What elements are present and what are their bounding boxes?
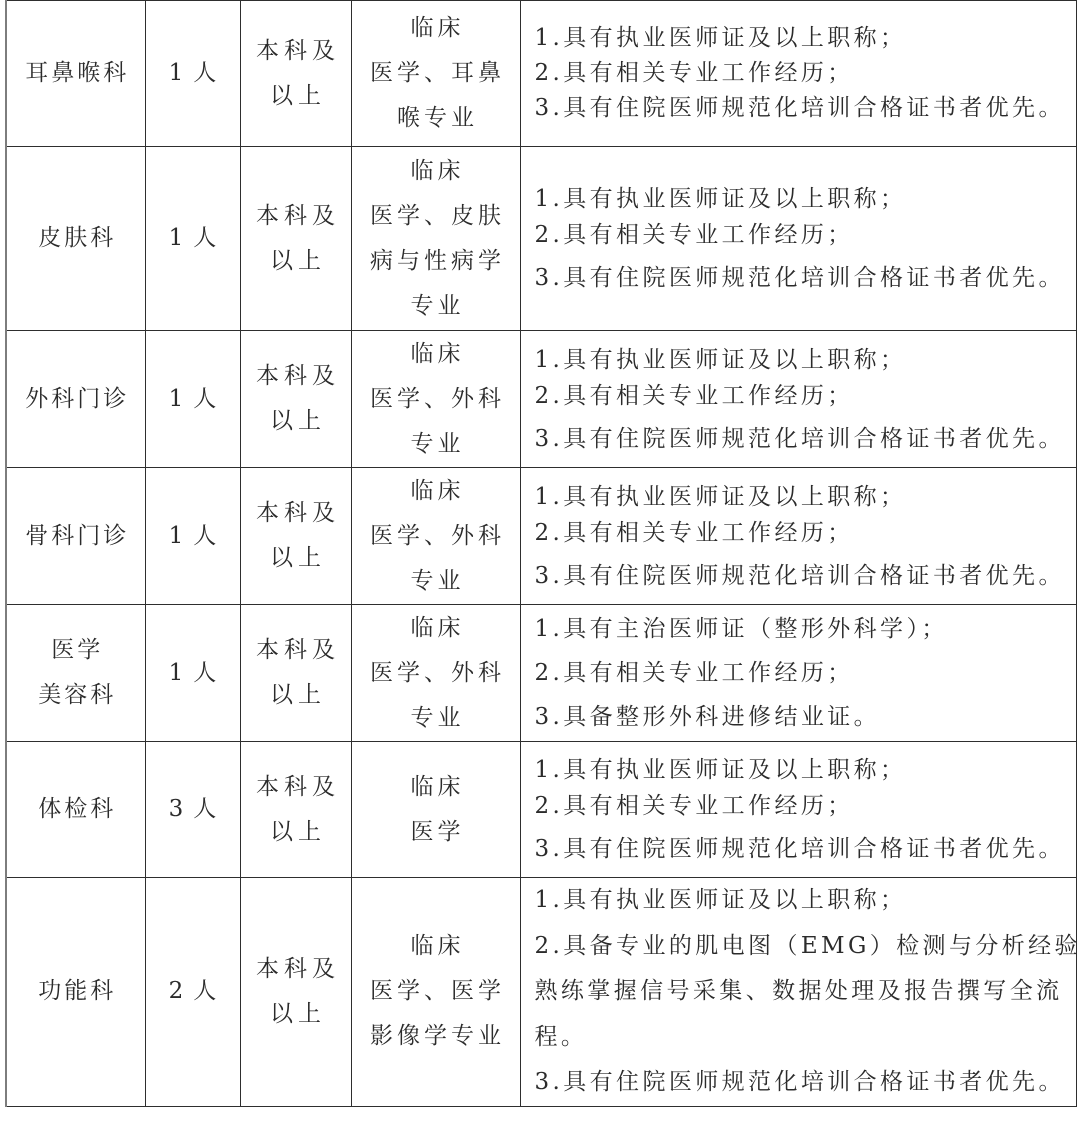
major-line: 病与性病学	[356, 239, 520, 284]
requirements-cell: 1.具有执业医师证及以上职称； 2.具备专业的肌电图（EMG）检测与分析经验， …	[520, 878, 1076, 1107]
headcount-cell: 1人	[145, 331, 240, 468]
education-line: 以上	[246, 74, 351, 119]
major-line: 医学、医学	[356, 969, 520, 1014]
education-line: 以上	[246, 673, 351, 718]
major-line: 医学、耳鼻	[356, 51, 520, 96]
department-label: 医学	[10, 628, 145, 673]
requirement-line: 2.具有相关专业工作经历；	[535, 651, 1076, 695]
requirements-cell: 1.具有执业医师证及以上职称； 2.具有相关专业工作经历； 3.具有住院医师规范…	[520, 468, 1076, 605]
major-line: 医学	[356, 810, 520, 855]
major-line: 临床	[356, 924, 520, 969]
major-line: 临床	[356, 149, 520, 194]
requirement-line: 2.具有相关专业工作经历；	[535, 56, 1076, 91]
requirement-line: 2.具备专业的肌电图（EMG）检测与分析经验，	[535, 924, 1076, 970]
requirements-cell: 1.具有执业医师证及以上职称； 2.具有相关专业工作经历； 3.具有住院医师规范…	[520, 147, 1076, 331]
table-row: 耳鼻喉科 1人 本科及 以上 临床 医学、耳鼻 喉专业 1.具有执业医师证及以上…	[6, 1, 1076, 147]
major-line: 临床	[356, 606, 520, 651]
major-cell: 临床 医学、外科 专业	[351, 468, 520, 605]
table-row: 外科门诊 1人 本科及 以上 临床 医学、外科 专业 1.具有执业医师证及以上职…	[6, 331, 1076, 468]
major-cell: 临床 医学、皮肤 病与性病学 专业	[351, 147, 520, 331]
major-line: 专业	[356, 422, 520, 467]
department-label: 功能科	[10, 969, 145, 1014]
major-line: 临床	[356, 332, 520, 377]
major-line: 医学、外科	[356, 377, 520, 422]
headcount-value: 1人	[156, 514, 240, 559]
requirement-line: 1.具有执业医师证及以上职称；	[535, 342, 1076, 378]
department-cell: 皮肤科	[6, 147, 145, 331]
major-cell: 临床 医学、外科 专业	[351, 605, 520, 742]
headcount-cell: 3人	[145, 742, 240, 878]
education-line: 本科及	[246, 947, 351, 992]
major-line: 医学、皮肤	[356, 194, 520, 239]
major-line: 临床	[356, 765, 520, 810]
requirement-line: 程。	[535, 1015, 1076, 1061]
major-line: 专业	[356, 696, 520, 741]
table-row: 功能科 2人 本科及 以上 临床 医学、医学 影像学专业 1.具有执业医师证及以…	[6, 878, 1076, 1107]
requirement-line: 1.具有执业医师证及以上职称；	[535, 752, 1076, 788]
major-line: 专业	[356, 284, 520, 329]
education-line: 以上	[246, 399, 351, 444]
major-line: 影像学专业	[356, 1014, 520, 1059]
major-line: 临床	[356, 469, 520, 514]
requirements-cell: 1.具有执业医师证及以上职称； 2.具有相关专业工作经历； 3.具有住院医师规范…	[520, 742, 1076, 878]
education-cell: 本科及 以上	[240, 605, 351, 742]
table-row: 骨科门诊 1人 本科及 以上 临床 医学、外科 专业 1.具有执业医师证及以上职…	[6, 468, 1076, 605]
education-line: 以上	[246, 536, 351, 581]
department-label: 外科门诊	[10, 377, 145, 422]
requirements-cell: 1.具有主治医师证（整形外科学）； 2.具有相关专业工作经历； 3.具备整形外科…	[520, 605, 1076, 742]
department-label: 体检科	[10, 787, 145, 832]
requirements-cell: 1.具有执业医师证及以上职称； 2.具有相关专业工作经历； 3.具有住院医师规范…	[520, 1, 1076, 147]
requirement-line: 3.具备整形外科进修结业证。	[535, 695, 1076, 739]
education-line: 本科及	[246, 194, 351, 239]
education-line: 本科及	[246, 29, 351, 74]
requirement-line: 3.具有住院医师规范化培训合格证书者优先。	[535, 421, 1076, 457]
education-line: 本科及	[246, 354, 351, 399]
requirement-line: 2.具有相关专业工作经历；	[535, 217, 1076, 253]
department-label: 皮肤科	[10, 216, 145, 261]
department-cell: 体检科	[6, 742, 145, 878]
education-line: 以上	[246, 239, 351, 284]
department-label: 美容科	[10, 673, 145, 718]
headcount-cell: 2人	[145, 878, 240, 1107]
education-line: 本科及	[246, 628, 351, 673]
education-line: 以上	[246, 992, 351, 1037]
education-cell: 本科及 以上	[240, 147, 351, 331]
major-cell: 临床 医学、耳鼻 喉专业	[351, 1, 520, 147]
headcount-cell: 1人	[145, 147, 240, 331]
education-cell: 本科及 以上	[240, 878, 351, 1107]
education-cell: 本科及 以上	[240, 468, 351, 605]
requirement-line: 2.具有相关专业工作经历；	[535, 378, 1076, 414]
education-cell: 本科及 以上	[240, 331, 351, 468]
education-line: 以上	[246, 810, 351, 855]
department-cell: 外科门诊	[6, 331, 145, 468]
department-cell: 医学 美容科	[6, 605, 145, 742]
requirement-line: 2.具有相关专业工作经历；	[535, 515, 1076, 551]
requirement-line: 3.具有住院医师规范化培训合格证书者优先。	[535, 558, 1076, 594]
education-line: 本科及	[246, 765, 351, 810]
education-cell: 本科及 以上	[240, 742, 351, 878]
requirement-line: 1.具有执业医师证及以上职称；	[535, 878, 1076, 924]
headcount-value: 1人	[156, 377, 240, 422]
requirement-line: 3.具有住院医师规范化培训合格证书者优先。	[535, 91, 1076, 126]
headcount-cell: 1人	[145, 605, 240, 742]
headcount-value: 1人	[156, 651, 240, 696]
table-row: 医学 美容科 1人 本科及 以上 临床 医学、外科 专业 1.具有主治医师证（整…	[6, 605, 1076, 742]
department-label: 耳鼻喉科	[10, 51, 145, 96]
requirement-line: 1.具有执业医师证及以上职称；	[535, 21, 1076, 56]
major-cell: 临床 医学、医学 影像学专业	[351, 878, 520, 1107]
department-cell: 骨科门诊	[6, 468, 145, 605]
major-cell: 临床 医学、外科 专业	[351, 331, 520, 468]
headcount-value: 3人	[156, 787, 240, 832]
headcount-cell: 1人	[145, 1, 240, 147]
table-row: 体检科 3人 本科及 以上 临床 医学 1.具有执业医师证及以上职称； 2.具有…	[6, 742, 1076, 878]
major-line: 专业	[356, 559, 520, 604]
requirement-line: 3.具有住院医师规范化培训合格证书者优先。	[535, 260, 1076, 296]
requirement-line: 3.具有住院医师规范化培训合格证书者优先。	[535, 831, 1076, 867]
recruitment-table: 耳鼻喉科 1人 本科及 以上 临床 医学、耳鼻 喉专业 1.具有执业医师证及以上…	[5, 0, 1077, 1107]
requirement-line: 3.具有住院医师规范化培训合格证书者优先。	[535, 1060, 1076, 1106]
major-line: 临床	[356, 6, 520, 51]
department-cell: 功能科	[6, 878, 145, 1107]
major-line: 医学、外科	[356, 651, 520, 696]
requirements-cell: 1.具有执业医师证及以上职称； 2.具有相关专业工作经历； 3.具有住院医师规范…	[520, 331, 1076, 468]
department-cell: 耳鼻喉科	[6, 1, 145, 147]
education-cell: 本科及 以上	[240, 1, 351, 147]
requirement-line: 1.具有执业医师证及以上职称；	[535, 181, 1076, 217]
requirement-line: 2.具有相关专业工作经历；	[535, 788, 1076, 824]
table-row: 皮肤科 1人 本科及 以上 临床 医学、皮肤 病与性病学 专业 1.具有执业医师…	[6, 147, 1076, 331]
requirement-line: 熟练掌握信号采集、数据处理及报告撰写全流	[535, 969, 1076, 1015]
requirement-line: 1.具有执业医师证及以上职称；	[535, 479, 1076, 515]
headcount-value: 2人	[156, 969, 240, 1014]
headcount-value: 1人	[156, 216, 240, 261]
headcount-value: 1人	[156, 51, 240, 96]
major-line: 喉专业	[356, 96, 520, 141]
major-line: 医学、外科	[356, 514, 520, 559]
major-cell: 临床 医学	[351, 742, 520, 878]
requirement-line: 1.具有主治医师证（整形外科学）；	[535, 607, 1076, 651]
department-label: 骨科门诊	[10, 514, 145, 559]
education-line: 本科及	[246, 491, 351, 536]
headcount-cell: 1人	[145, 468, 240, 605]
